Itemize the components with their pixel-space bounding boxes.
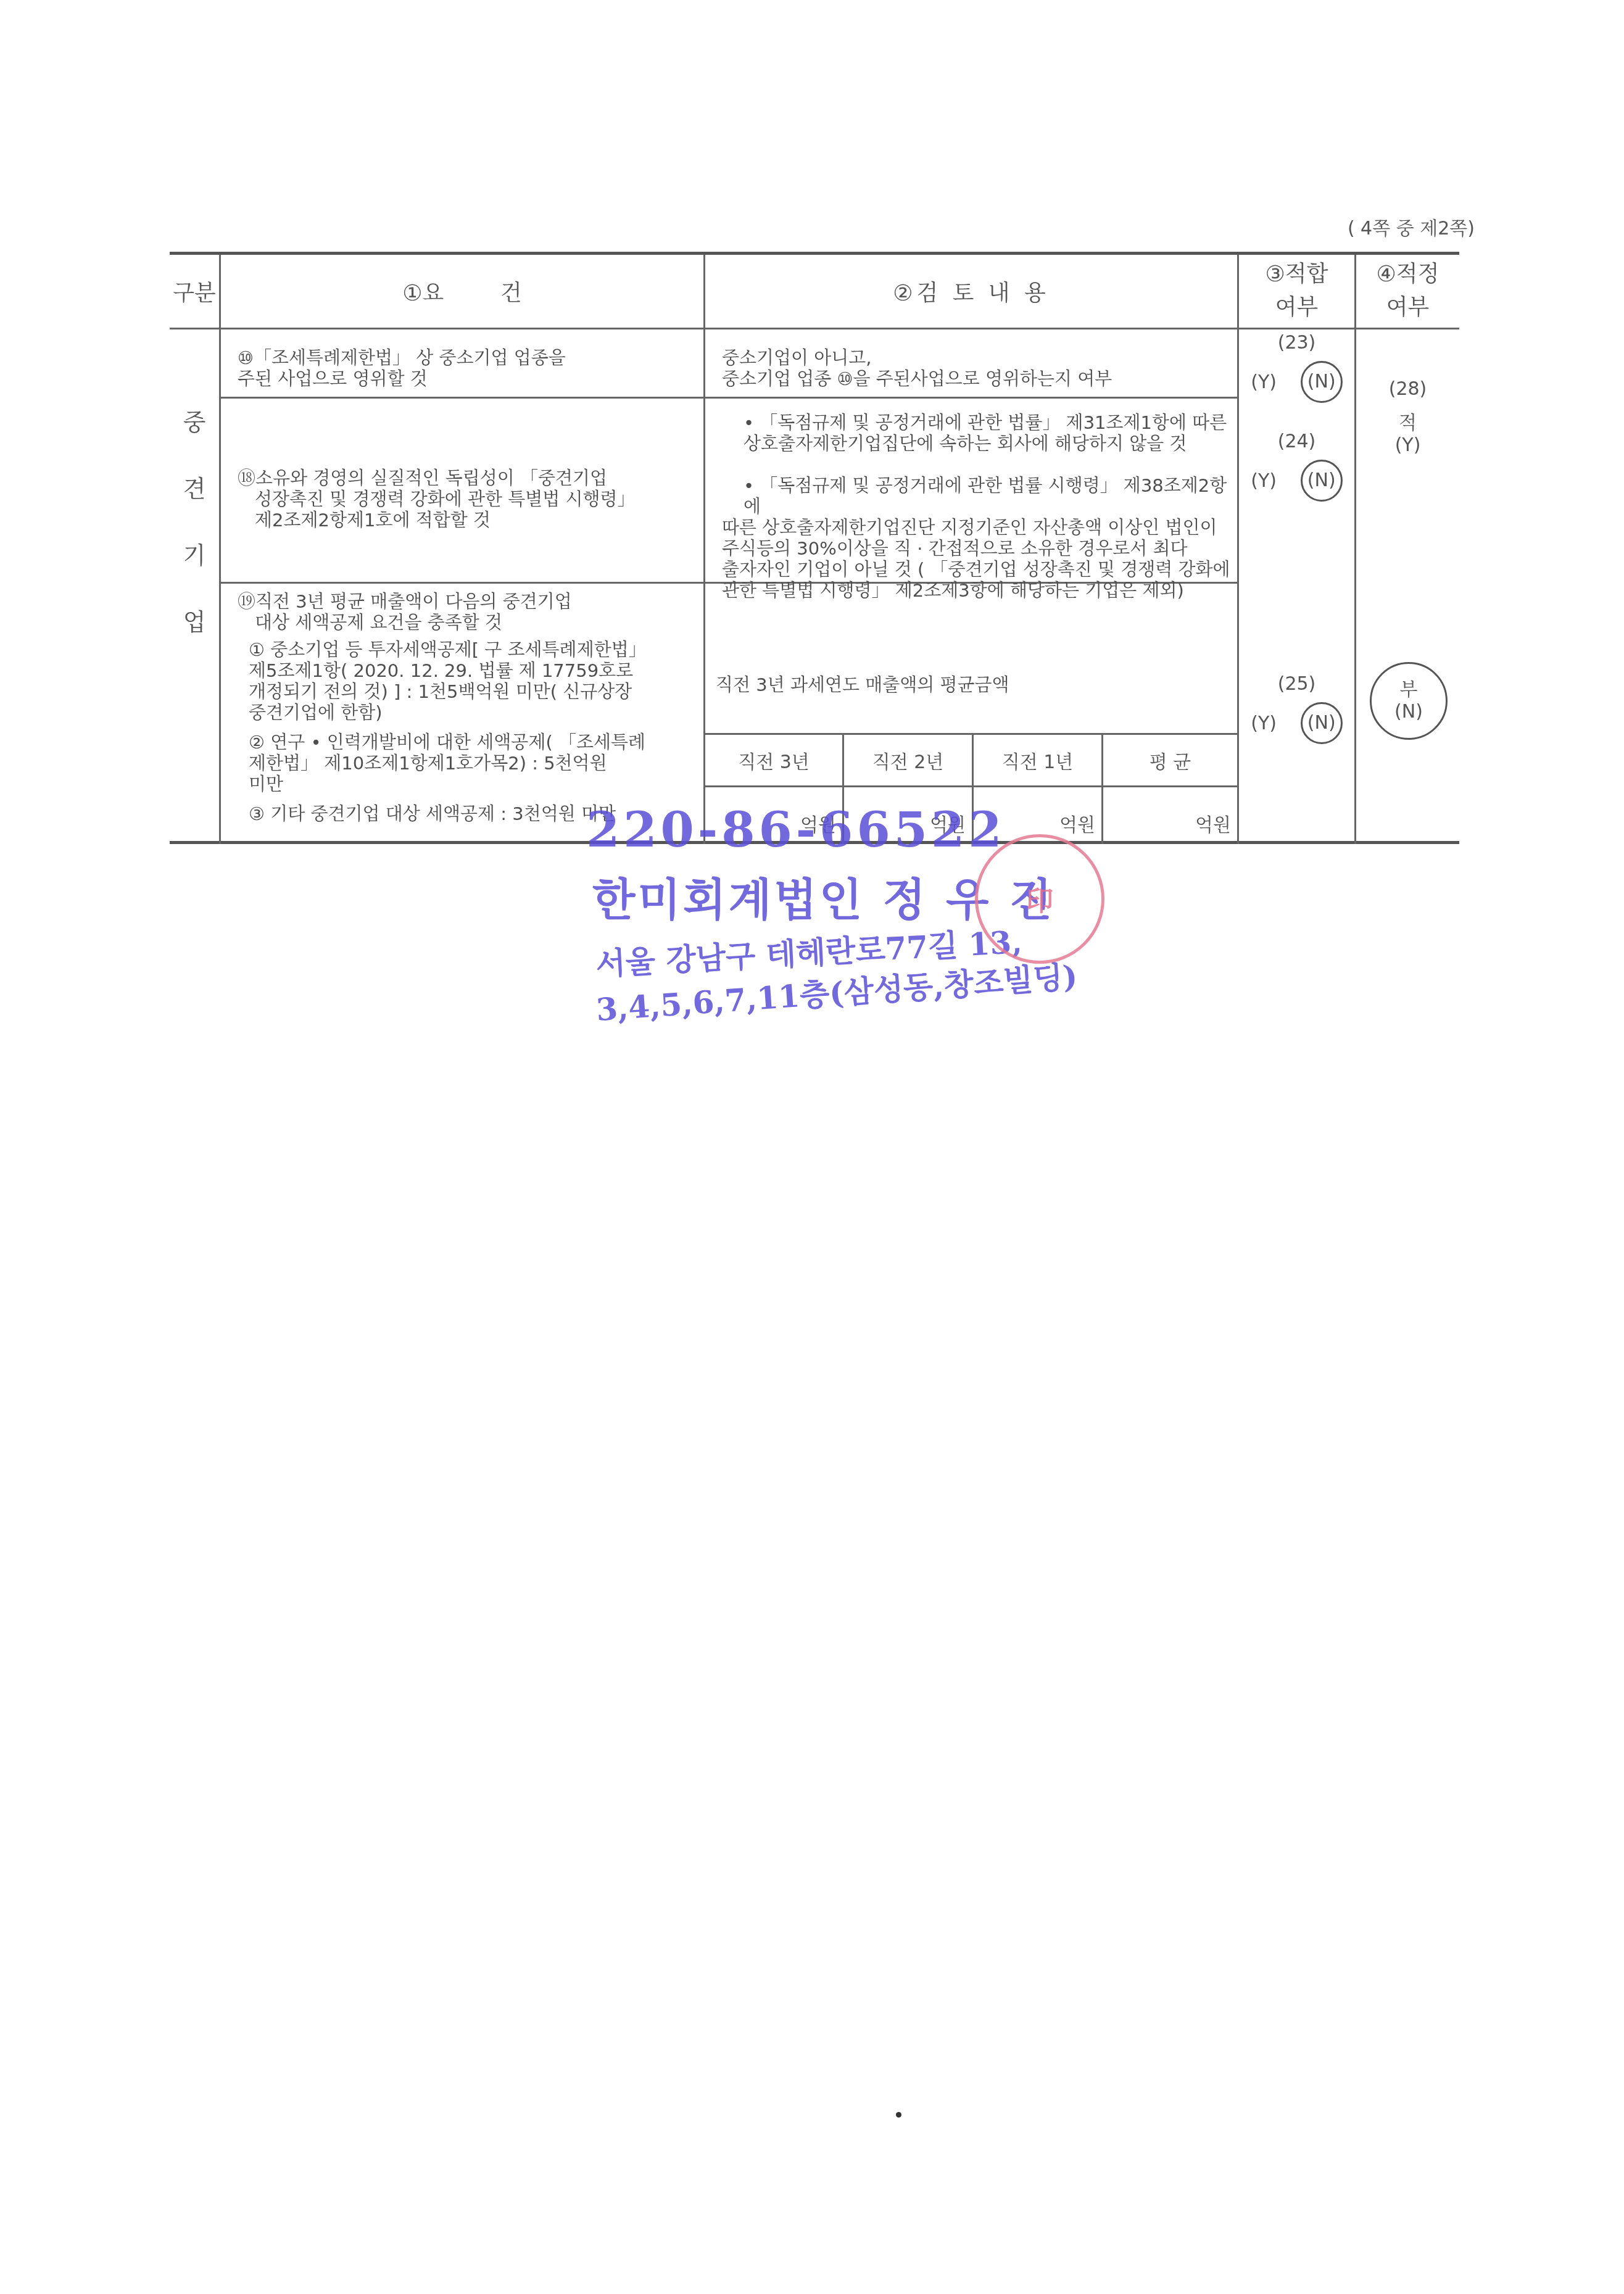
page-number-note: ( 4쪽 중 제2쪽) xyxy=(1320,213,1475,240)
proper-label: 적 xyxy=(1356,407,1459,434)
divider xyxy=(219,255,221,844)
text-line: 제한법」 제10조제1항제1호가목2) : 5천억원 xyxy=(238,753,694,774)
fit-no-option-circled: (N) xyxy=(1301,702,1343,744)
text-line: 중소기업이 아니고, xyxy=(722,347,1228,368)
category-char: 업 xyxy=(170,603,219,669)
header-proper-line1: ④적정 xyxy=(1377,258,1440,291)
row2-requirement: ⑱소유와 경영의 실질적인 독립성이 「중견기업 성장촉진 및 경쟁력 강화에 … xyxy=(238,468,694,531)
divider xyxy=(170,328,1459,329)
row1-review: 중소기업이 아니고, 중소기업 업종 ⑩을 주된사업으로 영위하는지 여부 xyxy=(722,347,1228,389)
official-seal: 印 xyxy=(975,834,1104,964)
category-char: 중 xyxy=(170,403,219,470)
fit-code: (25) xyxy=(1239,673,1354,695)
proper-circled-no: 부 (N) xyxy=(1370,662,1448,740)
fit-yes-option: (Y) xyxy=(1251,713,1277,734)
row2-fit: (24) (Y) (N) xyxy=(1239,431,1354,502)
review-table: 구분 ①요 건 ②검 토 내 용 ③적합 여부 ④적정 여부 중 견 기 업 ⑩… xyxy=(170,252,1459,844)
divider xyxy=(219,397,1237,399)
text-line: ⑲직전 3년 평균 매출액이 다음의 중견기업 xyxy=(238,591,694,612)
fit-no-option-circled: (N) xyxy=(1301,361,1343,403)
row2-review: • 「독점규제 및 공정거래에 관한 법률」 제31조제1항에 따른 상호출자제… xyxy=(722,412,1234,601)
text-line: 상호출자제한기업집단에 속하는 회사에 해당하지 않을 것 xyxy=(722,433,1234,454)
category-char: 기 xyxy=(170,536,219,603)
revenue-header-2y: 직전 2년 xyxy=(844,735,972,785)
text-line: 주식등의 30%이상을 직 · 간접적으로 소유한 경우로서 최다 xyxy=(722,538,1234,559)
header-fit: ③적합 여부 xyxy=(1239,255,1354,328)
registration-number-stamp: 220-86-66522 xyxy=(586,802,1005,858)
text-line: 미만 xyxy=(238,774,694,795)
text-line: 개정되기 전의 것) ] : 1천5백억원 미만( 신규상장 xyxy=(238,681,694,702)
category-char: 견 xyxy=(170,470,219,536)
row3-requirement: ⑲직전 3년 평균 매출액이 다음의 중견기업 대상 세액공제 요건을 충족할 … xyxy=(238,591,694,824)
text-line: 관한 특별법 시행령」 제2조제3항에 해당하는 기업은 제외) xyxy=(722,580,1234,601)
text-line: 주된 사업으로 영위할 것 xyxy=(238,368,694,389)
text-line: • 「독점규제 및 공정거래에 관한 법률 시행령」 제38조제2항에 xyxy=(722,475,1234,517)
header-proper: ④적정 여부 xyxy=(1356,255,1459,328)
fit-yes-option: (Y) xyxy=(1251,371,1277,393)
header-requirement: ①요 건 xyxy=(221,255,703,328)
revenue-value-avg: 억원 xyxy=(1103,787,1237,843)
proper-value: (Y) xyxy=(1356,434,1459,456)
text-line: 따른 상호출자제한기업진단 지정기준인 자산총액 이상인 법인이 xyxy=(722,517,1234,538)
category-label: 중 견 기 업 xyxy=(170,403,219,669)
text-line: 대상 세액공제 요건을 충족할 것 xyxy=(238,612,694,633)
proper-code: (28) xyxy=(1356,378,1459,400)
fit-code: (24) xyxy=(1239,431,1354,452)
proper-label: 부 xyxy=(1400,679,1418,701)
header-fit-line2: 여부 xyxy=(1275,291,1319,325)
header-proper-line2: 여부 xyxy=(1386,291,1430,325)
header-fit-line1: ③적합 xyxy=(1266,258,1328,291)
fit-yes-option: (Y) xyxy=(1251,470,1277,492)
text-line: 중견기업에 한함) xyxy=(238,702,694,723)
revenue-header-3y: 직전 3년 xyxy=(705,735,842,785)
scan-dot xyxy=(896,2112,901,2118)
header-review: ②검 토 내 용 xyxy=(705,255,1237,328)
text-line: • 「독점규제 및 공정거래에 관한 법률」 제31조제1항에 따른 xyxy=(722,412,1234,433)
proper-result-bottom: 부 (N) xyxy=(1370,662,1447,740)
revenue-header-1y: 직전 1년 xyxy=(974,735,1101,785)
revenue-header-avg: 평 균 xyxy=(1103,735,1237,785)
fit-no-option-circled: (N) xyxy=(1301,460,1343,502)
text-line: 중소기업 업종 ⑩을 주된사업으로 영위하는지 여부 xyxy=(722,368,1228,389)
text-line: ⑱소유와 경영의 실질적인 독립성이 「중견기업 xyxy=(238,468,694,489)
text-line: ⑩「조세특례제한법」 상 중소기업 업종을 xyxy=(238,347,694,368)
row1-requirement: ⑩「조세특례제한법」 상 중소기업 업종을 주된 사업으로 영위할 것 xyxy=(238,347,694,389)
text-line: 출자자인 기업이 아닐 것 ( 「중견기업 성장촉진 및 경쟁력 강화에 xyxy=(722,559,1234,580)
proper-result-top: (28) 적 (Y) xyxy=(1356,378,1459,456)
text-line: ① 중소기업 등 투자세액공제[ 구 조세특례제한법」 xyxy=(238,639,694,660)
text-line: 직전 3년 과세연도 매출액의 평균금액 xyxy=(716,674,1222,695)
divider xyxy=(1354,255,1356,844)
fit-code: (23) xyxy=(1239,332,1354,354)
header-category: 구분 xyxy=(170,255,219,328)
text-line: 제2조제2항제1호에 적합할 것 xyxy=(238,510,694,531)
seal-text: 印 xyxy=(1026,879,1053,919)
row3-review: 직전 3년 과세연도 매출액의 평균금액 xyxy=(716,674,1222,695)
proper-value: (N) xyxy=(1394,701,1423,723)
text-line: 성장촉진 및 경쟁력 강화에 관한 특별법 시행령」 xyxy=(238,489,694,510)
row3-fit: (25) (Y) (N) xyxy=(1239,673,1354,744)
text-line: ② 연구 • 인력개발비에 대한 세액공제( 「조세특례 xyxy=(238,732,694,753)
row1-fit: (23) (Y) (N) xyxy=(1239,332,1354,403)
text-line: 제5조제1항( 2020. 12. 29. 법률 제 17759호로 xyxy=(238,660,694,681)
